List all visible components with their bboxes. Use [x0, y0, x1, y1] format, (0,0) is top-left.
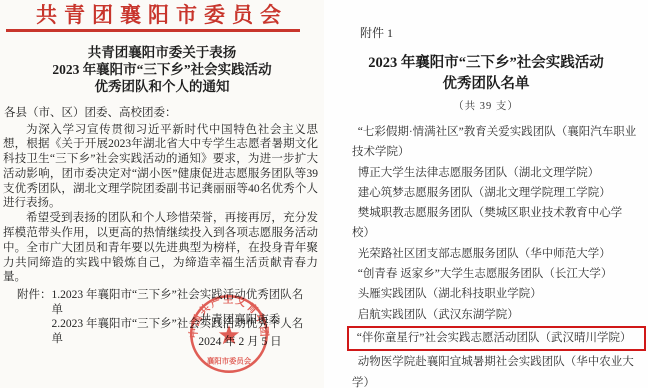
notice-page: 共青团襄阳市委员会 共青团襄阳市委关于表扬 2023 年襄阳市“三下乡”社会实践…: [0, 0, 324, 388]
body-paragraph-2: 希望受到表扬的团队和个人珍惜荣誉，再接再厉，充分发挥模范带头作用，以更高的热情继…: [3, 211, 318, 285]
team-list: “七彩假期·情满社区”教育关爱实践团队（襄阳汽车职业技术学院） 博正大学生法律志…: [352, 122, 638, 388]
red-letterhead-title: 共青团襄阳市委员会: [0, 3, 324, 27]
issuing-authority: 共青团襄阳市委: [191, 310, 289, 332]
team-item: 樊城职教志愿服务团队（樊城区职业技术教育中心学校）: [352, 203, 638, 244]
team-item: 光荣路社区团支部志愿服务团队（华中师范大学）: [352, 244, 638, 264]
red-divider-line: [6, 29, 300, 32]
seal-bottom-text: 襄阳市委员会: [207, 357, 252, 366]
attachment-number-label: 附件 1: [360, 24, 648, 41]
salutation: 各县（市、区）团委、高校团委：: [4, 104, 324, 120]
list-title-line-1: 2023 年襄阳市“三下乡”社会实践活动: [324, 53, 648, 74]
scanned-document-view: 共青团襄阳市委员会 共青团襄阳市委关于表扬 2023 年襄阳市“三下乡”社会实践…: [0, 0, 648, 388]
team-item: 头雁实践团队（湖北科技职业学院）: [352, 284, 638, 304]
team-item: 博正大学生法律志愿服务团队（湖北文理学院）: [352, 163, 638, 183]
team-item: “七彩假期·情满社区”教育关爱实践团队（襄阳汽车职业技术学院）: [352, 122, 638, 163]
team-item: “创青春 返家乡”大学生志愿服务团队（长江大学）: [352, 264, 638, 284]
team-count: （共 39 支）: [324, 98, 648, 113]
body-paragraph-1: 为深入学习宣传贯彻习近平新时代中国特色社会主义思想，根据《关于开展2023年湖北…: [3, 123, 318, 212]
attachments-label: 附件：: [17, 288, 52, 346]
notice-title: 共青团襄阳市委关于表扬 2023 年襄阳市“三下乡”社会实践活动 优秀团队和个人…: [0, 44, 324, 95]
team-item: 启航实践团队（武汉东湖学院）: [352, 305, 638, 325]
signature-block: 共青团襄阳市委 2024 年 2 月 5 日: [191, 310, 289, 353]
team-item: 动物医学院赴襄阳宜城暑期社会实践团队（华中农业大学）: [352, 352, 638, 388]
list-title: 2023 年襄阳市“三下乡”社会实践活动 优秀团队名单: [324, 53, 648, 95]
attachment-page: 附件 1 2023 年襄阳市“三下乡”社会实践活动 优秀团队名单 （共 39 支…: [324, 0, 648, 388]
team-item-highlighted: “伴你童星行”社会实践志愿活动团队（武汉晴川学院）: [347, 326, 646, 351]
notice-title-line-3: 优秀团队和个人的通知: [0, 78, 324, 95]
notice-title-line-1: 共青团襄阳市委关于表扬: [0, 44, 324, 61]
notice-title-line-2: 2023 年襄阳市“三下乡”社会实践活动: [0, 61, 324, 78]
issue-date: 2024 年 2 月 5 日: [191, 332, 289, 354]
team-item: 建心筑梦志愿服务团队（湖北文理学院理工学院）: [352, 183, 638, 203]
list-title-line-2: 优秀团队名单: [324, 74, 648, 95]
